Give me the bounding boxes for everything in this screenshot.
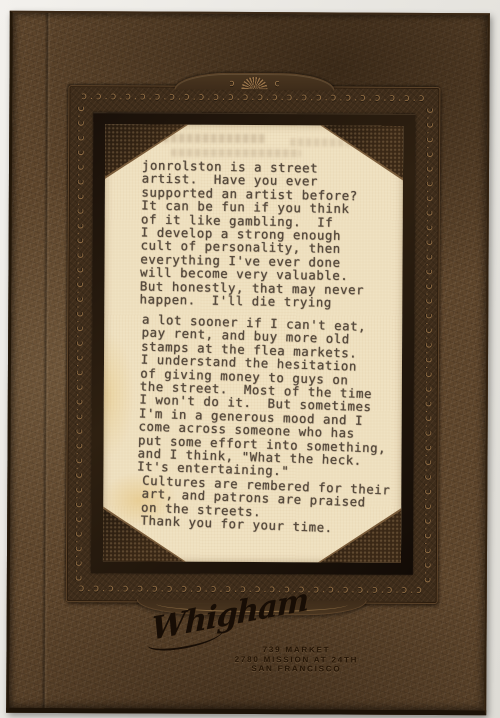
spiral-ornament-icon: ɔ xyxy=(229,79,234,90)
fan-ornament-icon xyxy=(241,77,267,89)
letter-paragraph-2: a lot sooner if I can't eat, pay rent, a… xyxy=(137,313,401,482)
scroll-ornament-right xyxy=(420,108,435,583)
embossed-frame: ɔ c jonrolston is a street artist. Have … xyxy=(66,85,441,604)
frame-top-cartouche: ɔ c xyxy=(174,73,334,91)
spiral-ornament-icon: c xyxy=(274,79,279,90)
address-line-2: 2780 MISSION AT 24TH xyxy=(212,654,380,664)
photo-corner-top-right xyxy=(317,124,403,182)
photo-corner-bottom-right xyxy=(315,506,403,562)
mount-fold-crease xyxy=(41,13,51,708)
typed-letter: jonrolston is a street artist. Have you … xyxy=(103,124,403,563)
letter-card: jonrolston is a street artist. Have you … xyxy=(103,124,403,563)
scroll-ornament-left xyxy=(71,106,86,581)
studio-address: 739 MARKET 2780 MISSION AT 24TH SAN FRAN… xyxy=(212,645,380,674)
photo-corner-bottom-left xyxy=(103,505,189,563)
photo-mount: ɔ c jonrolston is a street artist. Have … xyxy=(6,11,490,716)
photo-corner-top-left xyxy=(103,124,191,180)
scroll-ornament-top xyxy=(81,91,427,106)
address-line-3: SAN FRANCISCO xyxy=(212,664,380,674)
